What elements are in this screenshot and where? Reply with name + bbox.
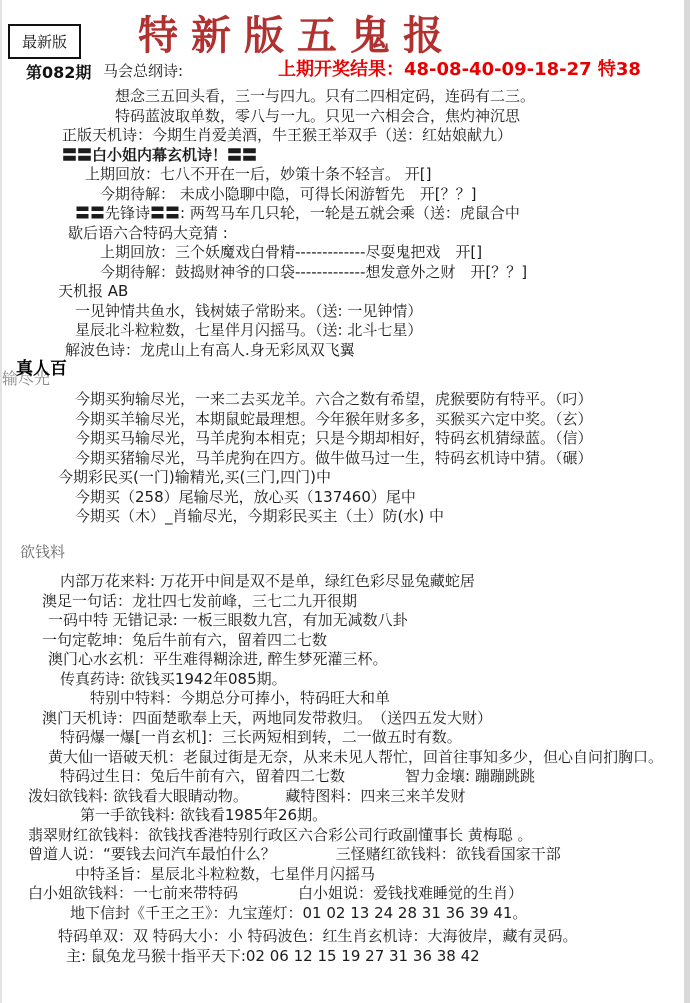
text-line: 星辰北斗粒粒数，七星伴月闪摇马。（送: 北斗七星） xyxy=(0,321,690,341)
last-draw-result: 上期开奖结果：48-08-40-09-18-27 特38 xyxy=(278,55,641,81)
text-line: 澳门天机诗：四面楚歌奉上天，两地同发带救归。 （送四五发大财） xyxy=(0,709,690,729)
section-xianfengshi: 〓〓先锋诗〓〓: 两驾马车几只轮，一轮是五就会乘（送：虎鼠合中 xyxy=(0,204,690,224)
right-edge-strip xyxy=(684,0,690,1003)
text-line: 今期买猪输尽光，马羊虎狗在四方。做牛做马过一生，特码玄机诗中猜。（碾） xyxy=(0,449,690,469)
section-tianjibao: 天机报 AB xyxy=(0,282,690,302)
general-poem-label: 马会总纲诗: xyxy=(103,60,183,81)
section-baixiaojie: 〓〓白小姐内幕玄机诗！〓〓 xyxy=(0,146,690,166)
text-line: 今期待解： 未成小隐聊中隐，可得长闲游暂先 开[？？] xyxy=(0,185,690,205)
report-header: 最新版 特新版五鬼报 第082期 马会总纲诗: 上期开奖结果：48-08-40-… xyxy=(0,0,690,84)
text-line: 今期买羊输尽光，本期鼠蛇最理想。今年猴年财多多，买猴买六定中奖。（玄） xyxy=(0,410,690,430)
text-line: 主: 鼠兔龙马猴十指平天下:02 06 12 15 19 27 31 36 38… xyxy=(0,947,690,967)
report-body: 想念三五回头看，三一与四九。只有二四相定码，连码有二三。特码蓝波取单数，零八与一… xyxy=(0,84,690,966)
section-zhenrenbai-shujinguang: 输尽光真人百 xyxy=(0,360,690,390)
text-line: 白小姐欲钱料：一七前来带特码 白小姐说：爱钱找难睡觉的生肖） xyxy=(0,884,690,904)
text-line: 传真药诗: 欲钱买1942年085期。 xyxy=(0,670,690,690)
latest-edition-badge: 最新版 xyxy=(8,24,81,59)
text-line: 上期回放：七八不开在一后，妙策十条不轻言。 开[] xyxy=(0,165,690,185)
text-line: 特别中特料：今期总分可捧小，特码旺大和单 xyxy=(0,689,690,709)
text-line: 地下信封《千王之王》：九宝莲灯：01 02 13 24 28 31 36 39 … xyxy=(0,904,690,924)
text-line: 泼妇欲钱料: 欲钱看大眼睛动物。 藏特图料：四来三来羊发财 xyxy=(0,787,690,807)
text-line: 特码蓝波取单数，零八与一九。只见一六相会合，焦灼神沉思 xyxy=(0,107,690,127)
text-line: 黄大仙一语破天机：老鼠过街是无奈，从来未见人帮忙，回首往事知多少，但心自问扪胸口… xyxy=(0,748,690,768)
text-line: 澳足一句话：龙壮四七发前峰，三七二九开很期 xyxy=(0,592,690,612)
text-line: 特码爆一爆[一肖玄机]：三长两短相到转，二一做五时有数。 xyxy=(0,728,690,748)
text-line: 正版天机诗：今期生肖爱美酒，牛王猴王举双手（送：红姑娘献九） xyxy=(0,126,690,146)
text-line: 今期待解：鼓捣财神爷的口袋-------------想发意外之财 开[？？] xyxy=(0,263,690,283)
text-line: 一句定乾坤：兔后牛前有六，留着四二七数 xyxy=(0,631,690,651)
section-yuqianliao: 欲钱料 xyxy=(0,543,690,563)
text-line: 今期买马输尽光，马羊虎狗本相克；只是今期却相好，特码玄机猜绿蓝。（信） xyxy=(0,429,690,449)
text-line: 特码过生日：兔后牛前有六，留着四二七数 智力金壤: 蹦蹦跳跳 xyxy=(0,767,690,787)
section-title-front: 真人百 xyxy=(16,360,67,380)
text-line: 解波色诗：龙虎山上有高人.身无彩凤双飞翼 xyxy=(0,341,690,361)
text-line: 今期买（258）尾输尽光，放心买（137460）尾中 xyxy=(0,488,690,508)
text-line: 第一手欲钱料: 欲钱看1985年26期。 xyxy=(0,806,690,826)
text-line: 今期买狗输尽光，一来二去买龙羊。六合之数有希望，虎猴要防有特平。（叼） xyxy=(0,390,690,410)
text-line: 今期彩民买(一门)输精光,买(三门,四门)中 xyxy=(0,468,690,488)
five-ghost-report-page: 最新版 特新版五鬼报 第082期 马会总纲诗: 上期开奖结果：48-08-40-… xyxy=(0,0,690,1003)
text-line: 特码单双：双 特码大小：小 特码波色：红生肖玄机诗：大海彼岸，藏有灵码。 xyxy=(0,927,690,947)
text-line: 上期回放：三个妖魔戏白骨精-------------尽耍鬼把戏 开[] xyxy=(0,243,690,263)
text-line: 一见钟情共鱼水，钱树婊子常盼来。（送: 一见钟情） xyxy=(0,302,690,322)
report-title: 特新版五鬼报 xyxy=(138,4,456,61)
text-line: 澳门心水玄机：平生难得糊涂进, 醉生梦死灌三杯。 xyxy=(0,650,690,670)
text-line: 曾道人说：“要钱去问汽车最怕什么？ 三怪赌红欲钱料：欲钱看国家干部 xyxy=(0,845,690,865)
text-line: 想念三五回头看，三一与四九。只有二四相定码，连码有二三。 xyxy=(0,87,690,107)
section-xiehouyu: 歇后语六合特码大竞猜 : xyxy=(0,224,690,244)
left-edge-strip xyxy=(0,0,2,1003)
text-line: 内部万花来料: 万花开中间是双不是单，绿红色彩尽显兔藏蛇居 xyxy=(0,572,690,592)
text-line: 中特圣旨：星辰北斗粒粒数，七星伴月闪摇马 xyxy=(0,865,690,885)
text-line: 今期买（木）_肖输尽光，今期彩民买主（土）防(水) 中 xyxy=(0,507,690,527)
text-line: 翡翠财红欲钱料：欲钱找香港特别行政区六合彩公司行政副懂事长 黄梅聪 。 xyxy=(0,826,690,846)
text-line: 一码中特 无错记录: 一板三眼数九宫，有加无减数八卦 xyxy=(0,611,690,631)
issue-number: 第082期 xyxy=(26,60,91,83)
